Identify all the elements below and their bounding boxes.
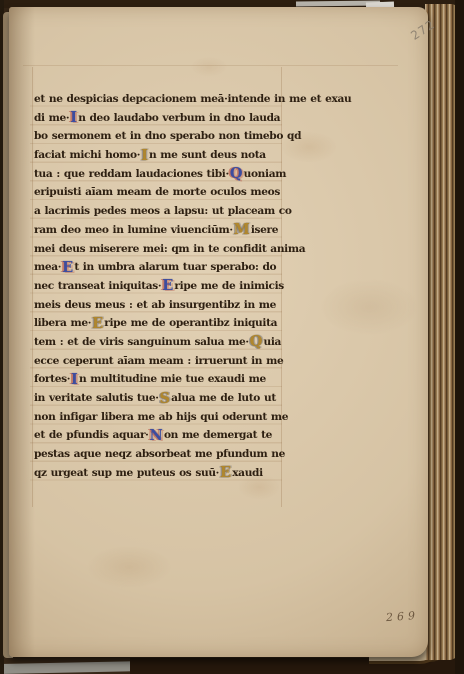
text-run: faciat michi homo· [34, 149, 140, 161]
text-run: bo sermonem et in dno sperabo non timebo… [34, 130, 301, 142]
text-run: on me demergat te [164, 429, 272, 441]
decorated-initial-blue: Q [230, 169, 242, 179]
text-run: non infigar libera me ab hijs qui oderun… [34, 411, 288, 423]
manuscript-line: non infigar libera me ab hijs qui oderun… [34, 408, 286, 427]
text-run: pestas aque neqz absorbeat me pfundum ne [34, 448, 285, 460]
text-run: n deo laudabo verbum in dno lauda [78, 112, 280, 124]
manuscript-line: ram deo meo in lumine viuenciūm·Misere [34, 221, 286, 240]
text-run: di me· [34, 112, 69, 124]
page-number-ink: 269 [386, 609, 420, 624]
text-run: tem : et de viris sanguinum salua me· [34, 336, 249, 348]
photo-of-open-book: et ne despicias depcacionem meā·intende … [0, 0, 464, 674]
manuscript-line: nec transeat iniquitas·Eripe me de inimi… [34, 277, 286, 296]
decorated-initial-blue: I [70, 113, 76, 123]
text-run: isere [251, 224, 278, 236]
manuscript-line: tua : que reddam laudaciones tibi·Quonia… [34, 165, 286, 184]
decorated-initial-blue: E [62, 263, 73, 273]
manuscript-line: pestas aque neqz absorbeat me pfundum ne [34, 445, 286, 464]
text-block: et ne despicias depcacionem meā·intende … [34, 90, 286, 482]
manuscript-line: eripuisti aīam meam de morte oculos meos [34, 183, 286, 202]
text-run: n me sunt deus nota [149, 149, 266, 161]
text-run: tua : que reddam laudaciones tibi· [34, 168, 229, 180]
text-run: alua me de luto ut [171, 392, 276, 404]
manuscript-line: a lacrimis pedes meos a lapsu: ut placea… [34, 202, 286, 221]
text-run: mea· [34, 261, 61, 273]
text-run: in veritate salutis tue· [34, 392, 159, 404]
decorated-initial-gold: Q [250, 337, 262, 347]
manuscript-page: et ne despicias depcacionem meā·intende … [9, 7, 428, 657]
book-cover-right-edge [455, 0, 464, 674]
text-run: meis deus meus : et ab insurgentibz in m… [34, 299, 276, 311]
text-run: xaudi [232, 467, 263, 479]
ruling-line-vertical-left [32, 67, 33, 507]
manuscript-line: mei deus miserere mei: qm in te confidit… [34, 240, 286, 259]
text-run: ecce ceperunt aīam meam : irruerunt in m… [34, 355, 283, 367]
manuscript-line: meis deus meus : et ab insurgentibz in m… [34, 296, 286, 315]
text-run: t in umbra alarum tuar sperabo: do [74, 261, 276, 273]
text-run: eripuisti aīam meam de morte oculos meos [34, 186, 280, 198]
text-run: et ne despicias depcacionem meā·intende … [34, 93, 351, 105]
decorated-initial-gold: I [141, 151, 147, 161]
manuscript-line: faciat michi homo·In me sunt deus nota [34, 146, 286, 165]
manuscript-line: in veritate salutis tue·Salua me de luto… [34, 389, 286, 408]
manuscript-line: mea·Et in umbra alarum tuar sperabo: do [34, 258, 286, 277]
manuscript-line: tem : et de viris sanguinum salua me·Qui… [34, 333, 286, 352]
manuscript-line: bo sermonem et in dno sperabo non timebo… [34, 127, 286, 146]
decorated-initial-blue: I [71, 375, 77, 385]
text-run: fortes· [34, 373, 70, 385]
text-run: ripe me de inimicis [174, 280, 284, 292]
text-run: a lacrimis pedes meos a lapsu: ut placea… [34, 205, 292, 217]
text-run: et de pfundis aquar· [34, 429, 149, 441]
manuscript-line: di me·In deo laudabo verbum in dno lauda [34, 109, 286, 128]
decorated-initial-blue: N [150, 431, 163, 441]
manuscript-line: et ne despicias depcacionem meā·intende … [34, 90, 286, 109]
text-run: uia [263, 336, 281, 348]
text-run: nec transeat iniquitas· [34, 280, 161, 292]
text-run: mei deus miserere mei: qm in te confidit… [34, 243, 305, 255]
ruling-line-horizontal [23, 65, 398, 66]
manuscript-line: et de pfundis aquar·Non me demergat te [34, 426, 286, 445]
decorated-initial-blue: E [162, 281, 173, 291]
decorated-initial-gold: M [234, 225, 250, 235]
text-run: ram deo meo in lumine viuenciūm· [34, 224, 233, 236]
manuscript-line: ecce ceperunt aīam meam : irruerunt in m… [34, 352, 286, 371]
decorated-initial-gold: E [92, 319, 103, 329]
decorated-initial-gold: S [160, 394, 170, 404]
text-run: qz urgeat sup me puteus os suū· [34, 467, 219, 479]
text-run: n multitudine mie tue exaudi me [79, 373, 266, 385]
text-run: uoniam [244, 168, 286, 180]
manuscript-line: fortes·In multitudine mie tue exaudi me [34, 370, 286, 389]
fore-edge-page-stack [425, 4, 459, 660]
decorated-initial-gold: E [220, 468, 231, 478]
text-run: ripe me de operantibz iniquita [104, 317, 277, 329]
manuscript-line: qz urgeat sup me puteus os suū·Exaudi [34, 464, 286, 483]
text-run: libera me· [34, 317, 91, 329]
manuscript-line: libera me·Eripe me de operantibz iniquit… [34, 314, 286, 333]
